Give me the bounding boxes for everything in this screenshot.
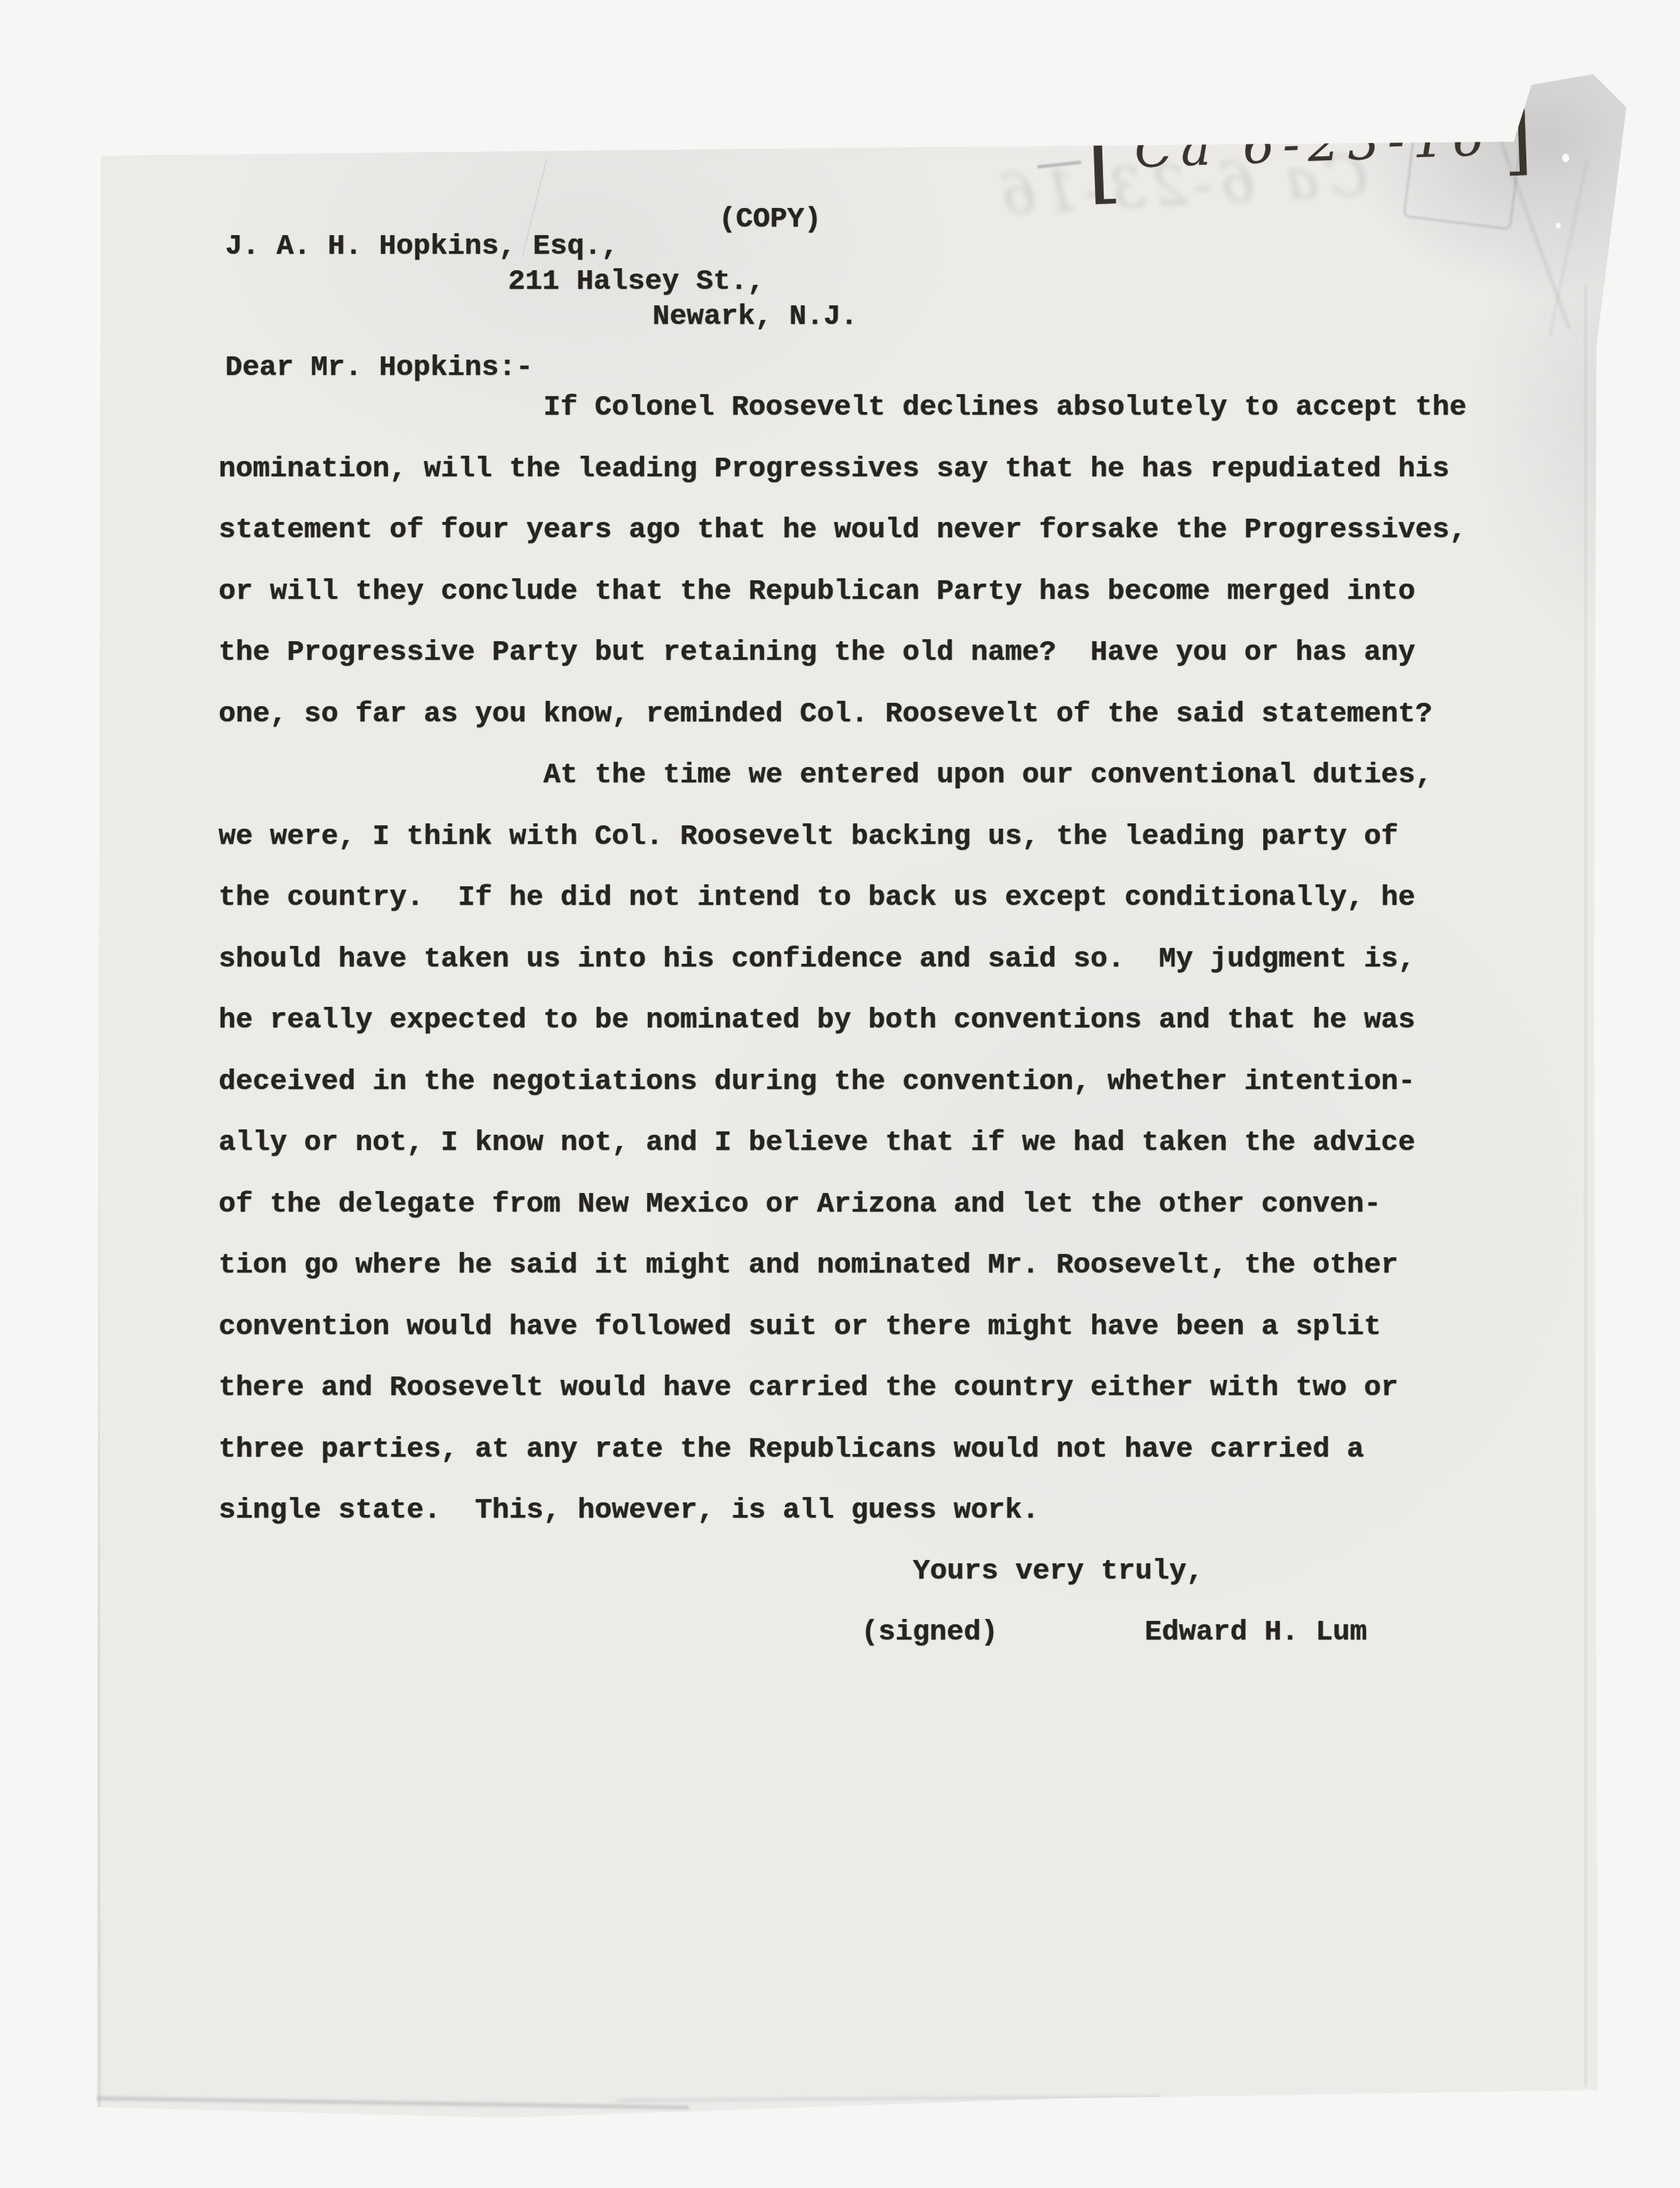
typed-line: of the delegate from New Mexico or Arizo… — [219, 1190, 1381, 1218]
pencil-tick-mark: ” — [249, 125, 269, 155]
typed-line: deceived in the negotiations during the … — [219, 1067, 1415, 1096]
typed-line: ally or not, I know not, and I believe t… — [219, 1128, 1415, 1157]
typed-line: convention would have followed suit or t… — [219, 1312, 1381, 1341]
typed-line: If Colonel Roosevelt declines absolutely… — [219, 393, 1467, 421]
typed-line: nomination, will the leading Progressive… — [219, 454, 1449, 483]
typed-line: one, so far as you know, reminded Col. R… — [219, 700, 1432, 728]
closing-line: Yours very truly, — [913, 1557, 1204, 1585]
typed-line: At the time we entered upon our conventi… — [219, 760, 1432, 789]
typed-line: statement of four years ago that he woul… — [219, 515, 1467, 544]
typed-line: there and Roosevelt would have carried t… — [219, 1373, 1398, 1402]
typed-line: should have taken us into his confidence… — [219, 945, 1415, 973]
letter-paper: Ca 6-23-16 ” [ Ca 6-23-16 ] (COPY) J. A.… — [0, 0, 1680, 2188]
signed-label: (signed) — [861, 1618, 998, 1646]
typed-line: tion go where he said it might and nomin… — [219, 1251, 1398, 1279]
typed-line: or will they conclude that the Republica… — [219, 577, 1415, 605]
typed-line: he really expected to be nominated by bo… — [219, 1006, 1415, 1034]
typed-line: the Progressive Party but retaining the … — [219, 638, 1415, 666]
typed-line: three parties, at any rate the Republica… — [219, 1435, 1364, 1463]
signature-name: Edward H. Lum — [1145, 1618, 1367, 1646]
body-lines: If Colonel Roosevelt declines absolutely… — [0, 0, 1680, 2188]
scanned-letter-page: Ca 6-23-16 ” [ Ca 6-23-16 ] (COPY) J. A.… — [0, 0, 1680, 2188]
typed-line: we were, I think with Col. Roosevelt bac… — [219, 822, 1398, 851]
typed-line: the country. If he did not intend to bac… — [219, 883, 1415, 912]
typed-line: single state. This, however, is all gues… — [219, 1496, 1039, 1524]
